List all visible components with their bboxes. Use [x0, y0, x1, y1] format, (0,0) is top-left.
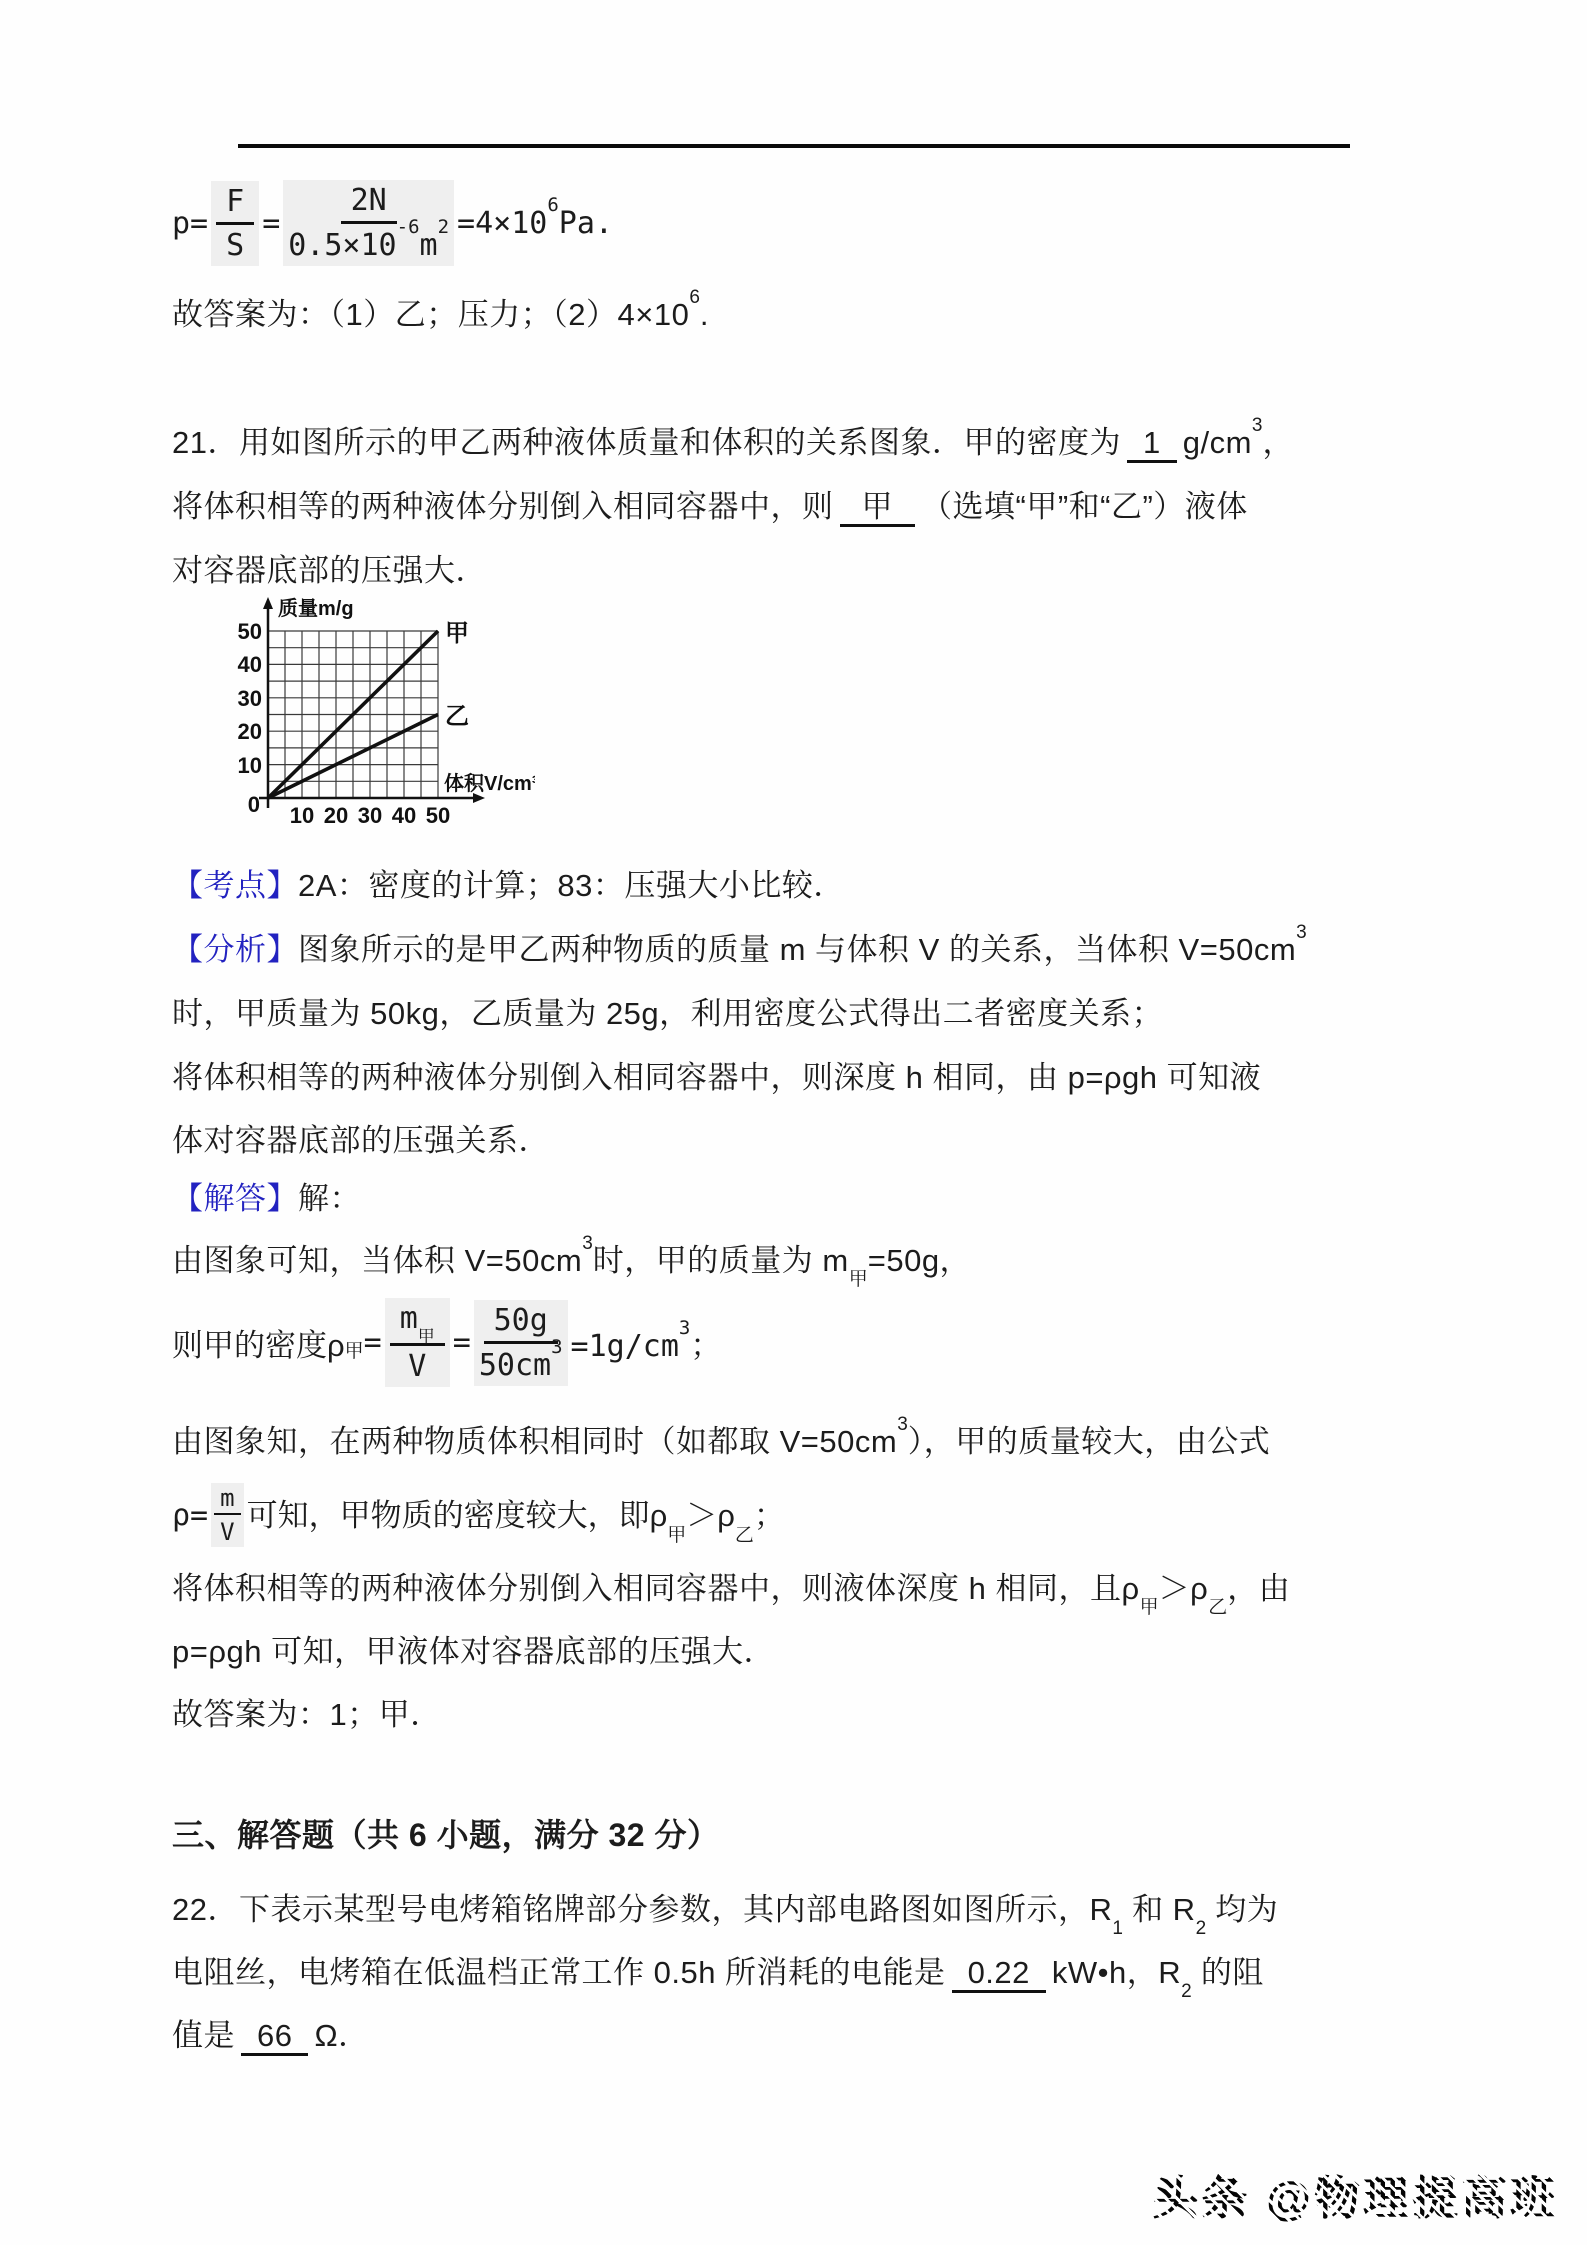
document-page: p= F S = 2N 0.5×10-6m2 =4×106Pa. 故答案为：（1…	[0, 0, 1587, 2245]
origin-label: 0	[248, 792, 260, 817]
fenxi-line-2: 时，甲质量为 50kg，乙质量为 25g，利用密度公式得出二者密度关系；	[172, 988, 1163, 1033]
kaodian-line: 【考点】2A：密度的计算；83：压强大小比较．	[172, 860, 845, 905]
y-tick-50: 50	[238, 619, 262, 644]
y-axis-arrow-icon	[263, 597, 273, 609]
answer-blank-energy: 0.22	[952, 1958, 1046, 1993]
jieda-line: 【解答】解：	[172, 1173, 361, 1218]
y-tick-30: 30	[238, 686, 262, 711]
rho-equation-line: ρ= m V 可知，甲物质的密度较大，即ρ甲＞ρ乙；	[172, 1475, 785, 1555]
solution-line-3: 由图象知，在两种物质体积相同时（如都取 V=50cm3），甲的质量较大，由公式	[172, 1416, 1270, 1461]
top-separator-line	[238, 144, 1350, 148]
y-tick-40: 40	[238, 652, 262, 677]
x-tick-10: 10	[290, 803, 314, 828]
fraction-F-S: F S	[211, 181, 259, 266]
fenxi-line-1: 【分析】图象所示的是甲乙两种物质的质量 m 与体积 V 的关系，当体积 V=50…	[172, 924, 1307, 969]
formula-lhs: p=	[172, 206, 208, 241]
watermark: 头条 @物理提高班	[1152, 2162, 1559, 2228]
fraction-50g-50cm3: 50g 50cm3	[474, 1300, 568, 1386]
section-heading: 三、解答题（共 6 小题，满分 32 分）	[172, 1810, 719, 1856]
q20-pressure-formula: p= F S = 2N 0.5×10-6m2 =4×106Pa.	[172, 180, 613, 266]
answer-blank-liquid: 甲	[840, 492, 916, 527]
series-label-yi: 乙	[445, 703, 469, 730]
y-tick-20: 20	[238, 719, 262, 744]
x-axis-title: 体积V/cm³	[444, 771, 535, 795]
answer-blank-resistance: 66	[241, 2021, 308, 2056]
q21-line-1: 21．用如图所示的甲乙两种液体质量和体积的关系图象．甲的密度为1g/cm3，	[172, 417, 1294, 463]
q22-line-1: 22．下表示某型号电烤箱铭牌部分参数，其内部电路图如图所示，R1 和 R2 均为	[172, 1884, 1278, 1933]
fraction-m-V-small: m V	[211, 1483, 243, 1547]
y-axis-title: 质量m/g	[278, 596, 354, 620]
fenxi-line-4: 体对容器底部的压强关系．	[172, 1115, 550, 1160]
x-tick-20: 20	[324, 803, 348, 828]
y-tick-10: 10	[238, 753, 262, 778]
equals-sign: =	[262, 206, 280, 241]
answer-blank-density: 1	[1127, 428, 1177, 463]
jieda-label: 【解答】	[172, 1181, 298, 1216]
fenxi-line-3: 将体积相等的两种液体分别倒入相同容器中，则深度 h 相同，由 p=ρgh 可知液	[172, 1052, 1261, 1097]
solution-line-5: 将体积相等的两种液体分别倒入相同容器中，则液体深度 h 相同，且ρ甲＞ρ乙，由	[172, 1563, 1290, 1612]
density-equation: 则甲的密度ρ甲= m甲 V = 50g 50cm3 =1g/cm3；	[172, 1295, 721, 1390]
fenxi-label: 【分析】	[172, 932, 298, 967]
x-tick-50: 50	[426, 803, 450, 828]
q20-answer-line: 故答案为：（1）乙；压力；（2）4×106.	[172, 289, 709, 334]
q21-line-2: 将体积相等的两种液体分别倒入相同容器中，则甲（选填“甲”和“乙”）液体	[172, 481, 1248, 527]
fraction-2N-area: 2N 0.5×10-6m2	[283, 180, 454, 266]
solution-line-1: 由图象可知，当体积 V=50cm3时，甲的质量为 m甲=50g，	[172, 1235, 971, 1284]
x-tick-30: 30	[358, 803, 382, 828]
fraction-m-V: m甲 V	[385, 1298, 450, 1387]
q21-line-3: 对容器底部的压强大．	[172, 545, 487, 590]
series-label-jia: 甲	[445, 620, 469, 647]
kaodian-label: 【考点】	[172, 868, 298, 903]
mass-volume-chart: 甲 乙 质量m/g 体积V/cm³ 50 40 30 20 10 0 10 20…	[165, 593, 535, 838]
x-tick-40: 40	[392, 803, 416, 828]
solution-line-6: p=ρgh 可知，甲液体对容器底部的压强大．	[172, 1626, 775, 1671]
q22-line-2: 电阻丝，电烤箱在低温档正常工作 0.5h 所消耗的电能是0.22kW•h，R2 …	[172, 1947, 1264, 1996]
formula-result: =4×106Pa.	[457, 205, 613, 241]
solution-line-7: 故答案为：1；甲．	[172, 1689, 442, 1734]
q22-line-3: 值是66Ω．	[172, 2010, 370, 2056]
